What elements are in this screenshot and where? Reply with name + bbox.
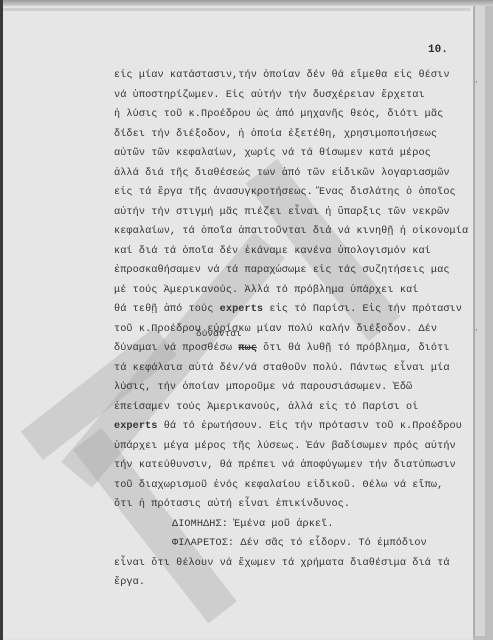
text-line: λύσις, τήν ὁποίαν μποροῦμε νά παρουσιάσω… xyxy=(114,378,464,398)
page-number: 10. xyxy=(428,44,448,56)
text-line: τοῦ κ.Προέδρου εὑρίσκω μίαν πολύ καλήν δ… xyxy=(114,320,464,340)
text-line: αὐτῶν τῶν κεφαλαίων, χωρίς νά τά θίσωμεν… xyxy=(114,144,464,164)
speech-text: Ἐμένα μοῦ ἀρκεῖ. xyxy=(228,519,334,530)
text-line: τά κεφάλαια αὐτά δέν/νά σταθοῦν πολύ. Πά… xyxy=(114,359,464,379)
text-line: ἡ λύσις τοῦ κ.Προέδρου ὡς ἀπό μηχανῆς θε… xyxy=(114,105,464,125)
text-bold: experts xyxy=(114,421,158,432)
dialogue-line: ΔΙΟΜΗΔΗΣ: Ἐμένα μοῦ ἀρκεῖ. xyxy=(114,515,464,535)
text-line: ἐπροσκαθήσαμεν νά τά παραχώσωμε εἰς τάς … xyxy=(114,261,464,281)
text-line: κεφαλαίων, τά ὁποῖα ἀπαιτοῦνται διά νά κ… xyxy=(114,222,464,242)
speech-text: Δέν σᾶς τό εἶδορν. Τό ἐμπόδιον xyxy=(234,538,427,549)
speaker-name: ΦΙΛΑΡΕΤΟΣ: xyxy=(172,538,234,549)
top-strip xyxy=(0,8,470,11)
text-line: experts θά τό ἐρωτήσουν. Εἰς τήν πρότασι… xyxy=(114,417,464,437)
text-line: θά τεθῇ ἀπό τούς experts εἰς τό Παρίσι. … xyxy=(114,300,464,320)
margin-mark: · xyxy=(474,326,479,335)
text-segment: θά τό ἐρωτήσουν. Εἰς τήν πρότασιν τοῦ κ.… xyxy=(158,421,462,432)
text-segment: θά τεθῇ ἀπό τούς xyxy=(114,304,220,315)
text-line: νά ὑποστηρίζωμεν. Εἰς αὐτήν τήν δυσχέρει… xyxy=(114,86,464,106)
top-edge xyxy=(0,0,493,6)
text-line: εἰς μίαν κατάστασιν,τήν ὁποίαν δέν θά εἴ… xyxy=(114,66,464,86)
dialogue-line: ΦΙΛΑΡΕΤΟΣ: Δέν σᾶς τό εἶδορν. Τό ἐμπόδιο… xyxy=(114,534,464,554)
text-segment: δύναμαι νά προσθέσω xyxy=(114,343,238,354)
text-line: ὑπάρχει μέγα μέρος τῆς λύσεως. Ἐάν βαδίσ… xyxy=(114,437,464,457)
text-segment: ὅτι θά λυθῇ τό πρόβλημα, διότι xyxy=(257,343,450,354)
text-line: ἐπείσαμεν τούς Ἀμερικανούς, ἀλλά εἰς τό … xyxy=(114,398,464,418)
text-line: ὅτι ἡ πρότασις αὐτή εἶναι ἐπικίνδυνος. xyxy=(114,495,464,515)
text-line: εἰς τά ἔργα τῆς ἀνασυγκροτήσεως. Ἕνας δι… xyxy=(114,183,464,203)
text-line: καί διά τά ὁποῖα δέν ἐκάναμε κανένα ὑπολ… xyxy=(114,242,464,262)
body-text: εἰς μίαν κατάστασιν,τήν ὁποίαν δέν θά εἴ… xyxy=(114,66,464,593)
text-line: αὐτήν τήν στιγμή μᾶς πιέζει εἶναι ἡ ὕπαρ… xyxy=(114,203,464,223)
text-line: δίδει τήν διέξοδον, ἡ ὁποία ἐξετέθη, χρη… xyxy=(114,125,464,145)
text-bold: experts xyxy=(220,304,264,315)
text-line: ἔργα. xyxy=(114,573,464,593)
speaker-name: ΔΙΟΜΗΔΗΣ: xyxy=(172,519,228,530)
text-line: μέ τούς Ἀμερικανούς. Ἀλλά τό πρόβλημα ὑπ… xyxy=(114,281,464,301)
text-line: τήν κατεύθυνσιν, θά πρέπει νά ἀποφύγωμεν… xyxy=(114,456,464,476)
text-line: ἀλλά διά τῆς διαθέσεώς των ἀπό τῶν εἰδικ… xyxy=(114,164,464,184)
page-stack-edge-inner xyxy=(474,6,485,636)
margin-mark: · xyxy=(474,78,479,87)
text-line: τοῦ διαχωρισμοῦ ἑνός κεφαλαίου εἰδικοῦ. … xyxy=(114,476,464,496)
struck-word: πως xyxy=(238,343,257,354)
text-line: δύναμαι νά προσθέσω πως ὅτι θά λυθῇ τό π… xyxy=(114,339,464,359)
text-line: εἶναι ὅτι θέλουν νά ἔχωμεν τά χρήματα δι… xyxy=(114,554,464,574)
text-segment: εἰς τό Παρίσι. Εἰς τήν πρότασιν xyxy=(263,304,462,315)
left-edge xyxy=(0,0,3,640)
scanned-page: 10. εἰς μίαν κατάστασιν,τήν ὁποίαν δέν θ… xyxy=(0,0,493,640)
interlinear-insert: δύνανται xyxy=(196,328,242,339)
